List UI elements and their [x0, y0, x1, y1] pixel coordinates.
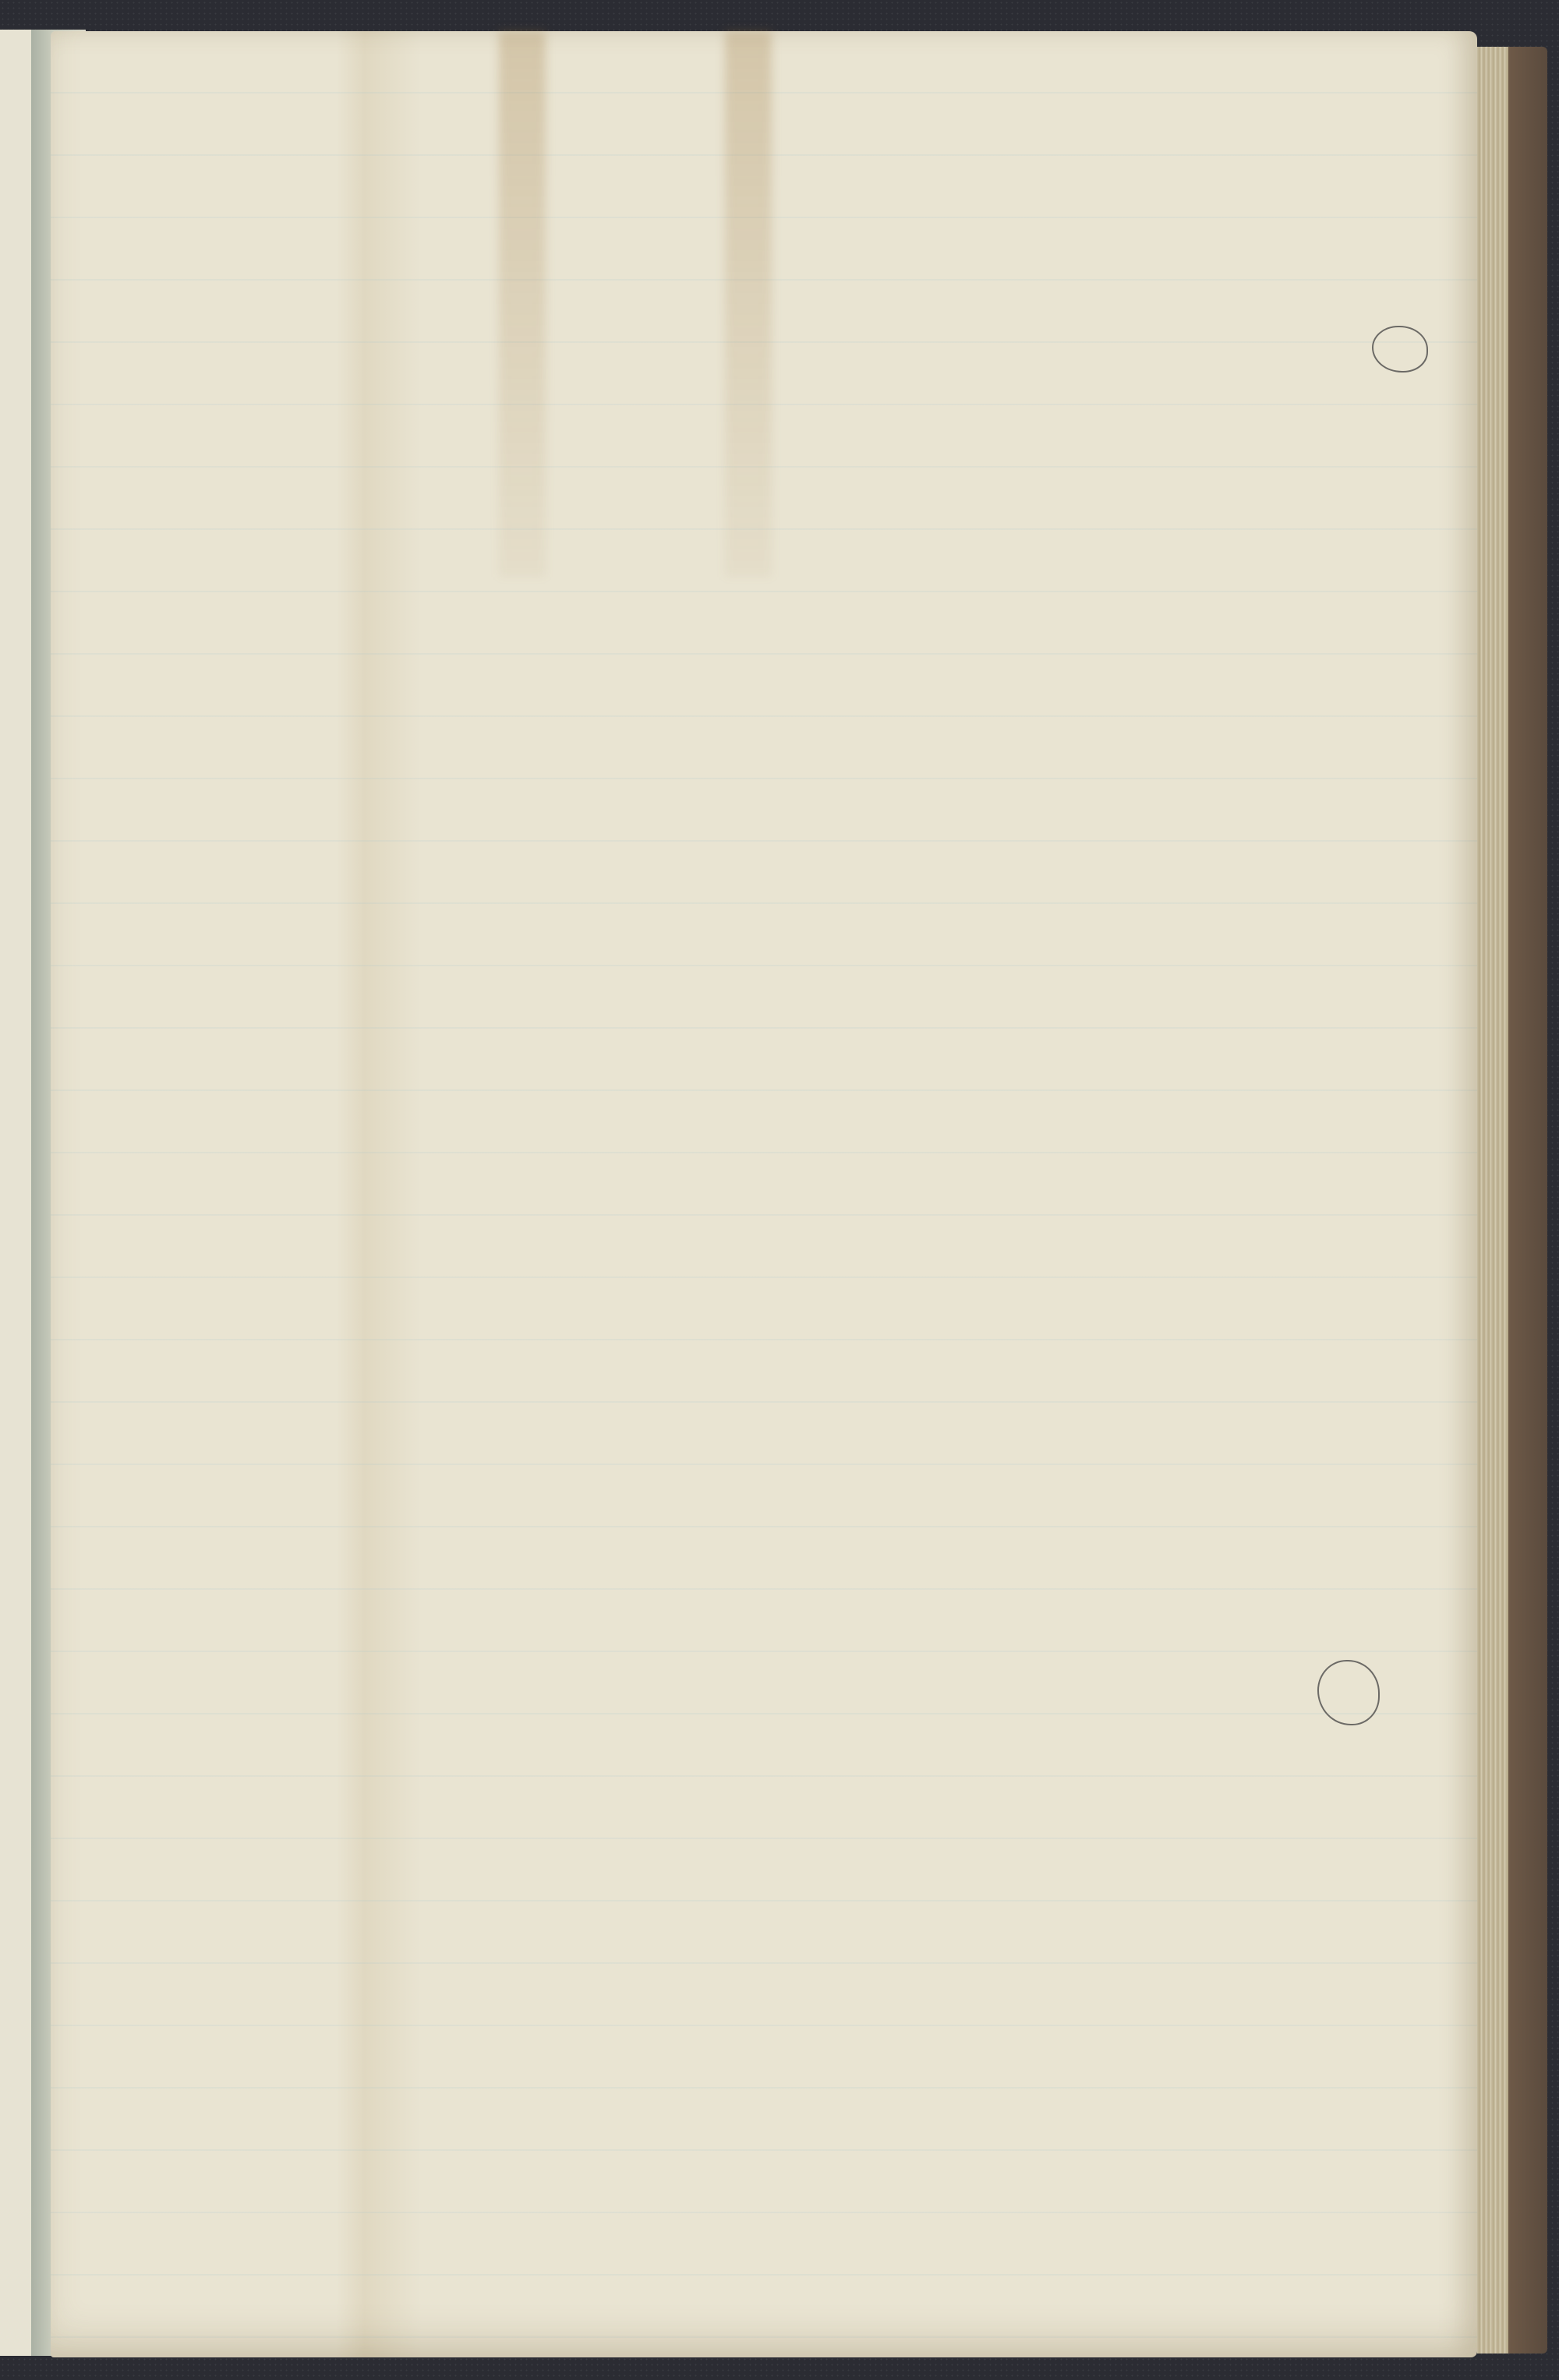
water-stain: [499, 31, 546, 577]
previous-page-edge: [0, 30, 32, 2356]
page-block-edge: [1477, 47, 1512, 2354]
water-stain: [725, 31, 772, 577]
book-cover: [1508, 47, 1547, 2354]
seal-icon: [1372, 326, 1428, 373]
